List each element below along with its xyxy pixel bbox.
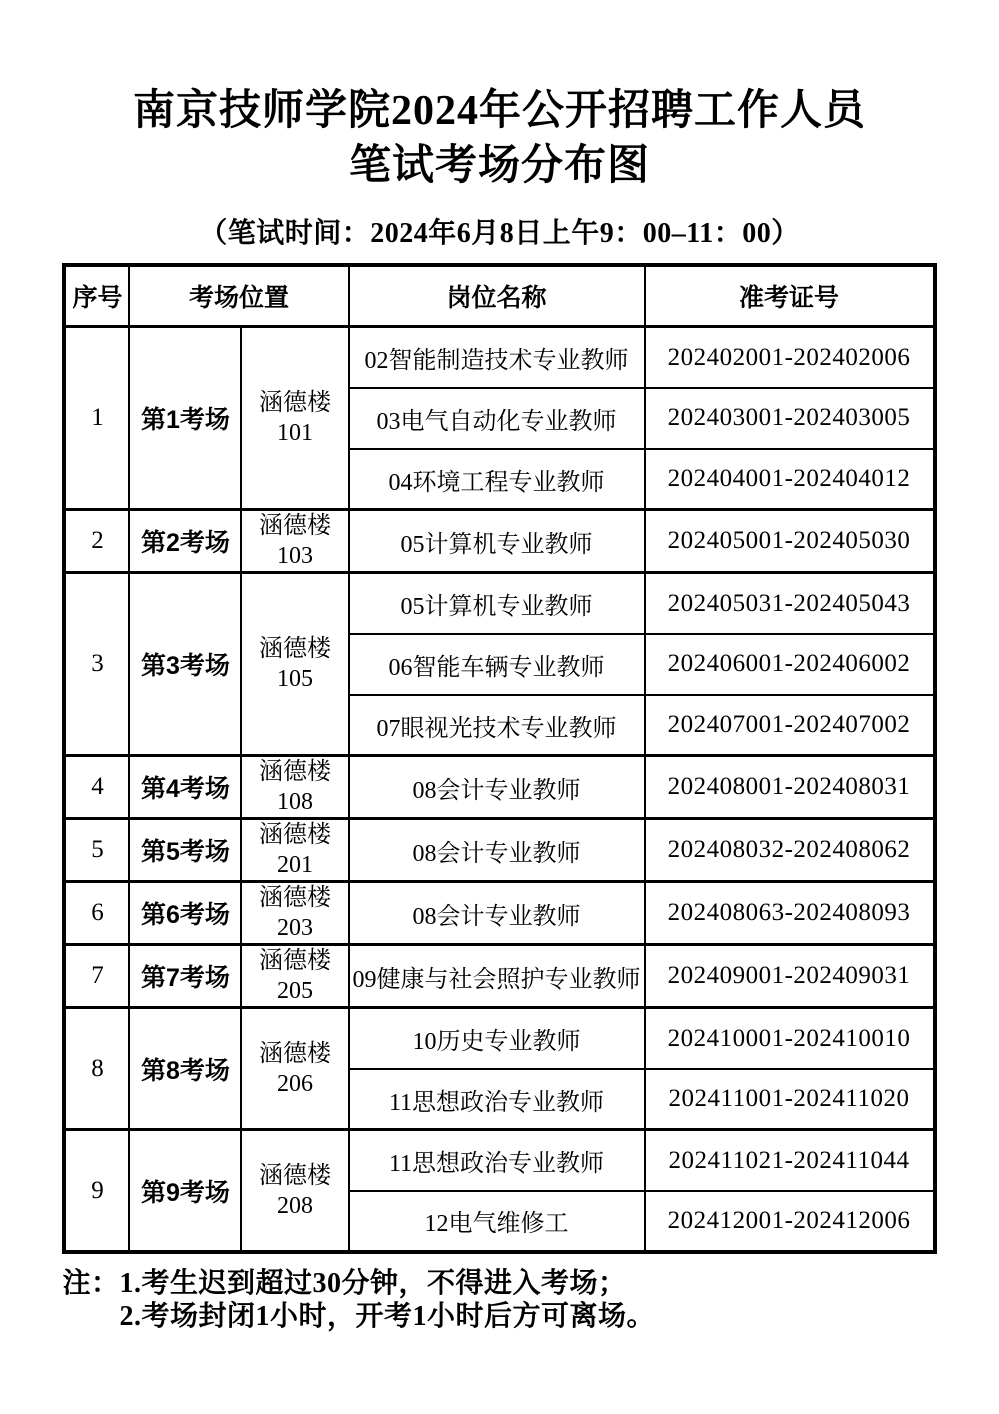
building-name: 涵德楼 <box>259 1163 331 1189</box>
room-name-cell: 第7考场 <box>129 945 241 1008</box>
notes: 注： 1.考生迟到超过30分钟，不得进入考场； 2.考场封闭1小时，开考1小时后… <box>63 1267 937 1334</box>
room-name-cell: 第1考场 <box>129 327 241 510</box>
table-row: 7 第7考场 涵德楼 205 09健康与社会照护专业教师 202409001-2… <box>64 945 934 1008</box>
serial-cell: 8 <box>64 1008 129 1130</box>
exam-time-subtitle: （笔试时间：2024年6月8日上午9：00–11：00） <box>0 211 999 251</box>
ticket-range-cell: 202411001-202411020 <box>645 1069 935 1130</box>
job-title-cell: 11思想政治专业教师 <box>349 1130 645 1191</box>
ticket-range-cell: 202410001-202410010 <box>645 1008 935 1069</box>
building-room-number: 101 <box>277 420 313 446</box>
table-row: 4 第4考场 涵德楼 108 08会计专业教师 202408001-202408… <box>64 756 934 819</box>
column-header-job: 岗位名称 <box>349 265 645 327</box>
table-row: 3 第3考场 涵德楼 105 05计算机专业教师 202405031-20240… <box>64 573 934 634</box>
serial-cell: 4 <box>64 756 129 819</box>
page-title-line2: 笔试考场分布图 <box>349 143 650 189</box>
job-title-cell: 07眼视光技术专业教师 <box>349 695 645 756</box>
job-title-cell: 11思想政治专业教师 <box>349 1069 645 1130</box>
note-item-1: 1.考生迟到超过30分钟，不得进入考场； <box>120 1267 627 1301</box>
column-header-serial: 序号 <box>64 265 129 327</box>
page-title: 南京技师学院2024年公开招聘工作人员 笔试考场分布图 <box>0 84 999 195</box>
building-name: 涵德楼 <box>259 1041 331 1067</box>
job-title-cell: 10历史专业教师 <box>349 1008 645 1069</box>
serial-cell: 2 <box>64 510 129 573</box>
serial-cell: 7 <box>64 945 129 1008</box>
ticket-range-cell: 202408001-202408031 <box>645 756 935 819</box>
building-room-number: 203 <box>277 915 313 941</box>
serial-cell: 6 <box>64 882 129 945</box>
room-name-cell: 第4考场 <box>129 756 241 819</box>
building-cell: 涵德楼 201 <box>241 819 348 882</box>
ticket-range-cell: 202402001-202402006 <box>645 327 935 388</box>
building-cell: 涵德楼 206 <box>241 1008 348 1130</box>
building-room-number: 105 <box>277 666 313 692</box>
exam-rooms-table: 序号 考场位置 岗位名称 准考证号 1 第1考场 涵德楼 101 02智能制造技… <box>62 263 936 1254</box>
job-title-cell: 05计算机专业教师 <box>349 573 645 634</box>
building-cell: 涵德楼 105 <box>241 573 348 756</box>
page-title-line1: 南京技师学院2024年公开招聘工作人员 <box>133 88 866 134</box>
table-header-row: 序号 考场位置 岗位名称 准考证号 <box>64 265 934 327</box>
building-room-number: 206 <box>277 1071 313 1097</box>
building-room-number: 201 <box>277 852 313 878</box>
job-title-cell: 03电气自动化专业教师 <box>349 388 645 449</box>
note-line: 2.考场封闭1小时，开考1小时后方可离场。 <box>63 1300 937 1334</box>
room-name-cell: 第9考场 <box>129 1130 241 1252</box>
ticket-range-cell: 202412001-202412006 <box>645 1191 935 1252</box>
note-label: 注： <box>63 1267 120 1301</box>
job-title-cell: 08会计专业教师 <box>349 819 645 882</box>
building-room-number: 108 <box>277 789 313 815</box>
ticket-range-cell: 202407001-202407002 <box>645 695 935 756</box>
ticket-range-cell: 202404001-202404012 <box>645 449 935 510</box>
table-row: 9 第9考场 涵德楼 208 11思想政治专业教师 202411021-2024… <box>64 1130 934 1191</box>
room-name-cell: 第2考场 <box>129 510 241 573</box>
ticket-range-cell: 202411021-202411044 <box>645 1130 935 1191</box>
job-title-cell: 06智能车辆专业教师 <box>349 634 645 695</box>
job-title-cell: 09健康与社会照护专业教师 <box>349 945 645 1008</box>
building-name: 涵德楼 <box>259 636 331 662</box>
building-name: 涵德楼 <box>259 948 331 974</box>
serial-cell: 1 <box>64 327 129 510</box>
serial-cell: 3 <box>64 573 129 756</box>
table-row: 2 第2考场 涵德楼 103 05计算机专业教师 202405001-20240… <box>64 510 934 573</box>
column-header-location: 考场位置 <box>129 265 348 327</box>
building-name: 涵德楼 <box>259 822 331 848</box>
building-cell: 涵德楼 108 <box>241 756 348 819</box>
building-name: 涵德楼 <box>259 759 331 785</box>
room-name-cell: 第3考场 <box>129 573 241 756</box>
serial-cell: 5 <box>64 819 129 882</box>
table-row: 1 第1考场 涵德楼 101 02智能制造技术专业教师 202402001-20… <box>64 327 934 388</box>
table-row: 6 第6考场 涵德楼 203 08会计专业教师 202408063-202408… <box>64 882 934 945</box>
table-row: 8 第8考场 涵德楼 206 10历史专业教师 202410001-202410… <box>64 1008 934 1069</box>
ticket-range-cell: 202408032-202408062 <box>645 819 935 882</box>
job-title-cell: 08会计专业教师 <box>349 882 645 945</box>
ticket-range-cell: 202408063-202408093 <box>645 882 935 945</box>
job-title-cell: 02智能制造技术专业教师 <box>349 327 645 388</box>
serial-cell: 9 <box>64 1130 129 1252</box>
building-room-number: 103 <box>277 543 313 569</box>
job-title-cell: 08会计专业教师 <box>349 756 645 819</box>
note-line: 注： 1.考生迟到超过30分钟，不得进入考场； <box>63 1267 937 1301</box>
ticket-range-cell: 202405001-202405030 <box>645 510 935 573</box>
room-name-cell: 第8考场 <box>129 1008 241 1130</box>
note-item-2: 2.考场封闭1小时，开考1小时后方可离场。 <box>120 1301 656 1332</box>
building-name: 涵德楼 <box>259 390 331 416</box>
building-name: 涵德楼 <box>259 513 331 539</box>
table-row: 5 第5考场 涵德楼 201 08会计专业教师 202408032-202408… <box>64 819 934 882</box>
room-name-cell: 第5考场 <box>129 819 241 882</box>
job-title-cell: 12电气维修工 <box>349 1191 645 1252</box>
column-header-ticket: 准考证号 <box>645 265 935 327</box>
job-title-cell: 05计算机专业教师 <box>349 510 645 573</box>
document-page: 南京技师学院2024年公开招聘工作人员 笔试考场分布图 （笔试时间：2024年6… <box>0 0 999 1414</box>
building-cell: 涵德楼 208 <box>241 1130 348 1252</box>
building-room-number: 208 <box>277 1193 313 1219</box>
ticket-range-cell: 202409001-202409031 <box>645 945 935 1008</box>
building-cell: 涵德楼 101 <box>241 327 348 510</box>
building-name: 涵德楼 <box>259 885 331 911</box>
building-cell: 涵德楼 203 <box>241 882 348 945</box>
building-room-number: 205 <box>277 978 313 1004</box>
ticket-range-cell: 202406001-202406002 <box>645 634 935 695</box>
job-title-cell: 04环境工程专业教师 <box>349 449 645 510</box>
ticket-range-cell: 202405031-202405043 <box>645 573 935 634</box>
building-cell: 涵德楼 103 <box>241 510 348 573</box>
room-name-cell: 第6考场 <box>129 882 241 945</box>
ticket-range-cell: 202403001-202403005 <box>645 388 935 449</box>
building-cell: 涵德楼 205 <box>241 945 348 1008</box>
